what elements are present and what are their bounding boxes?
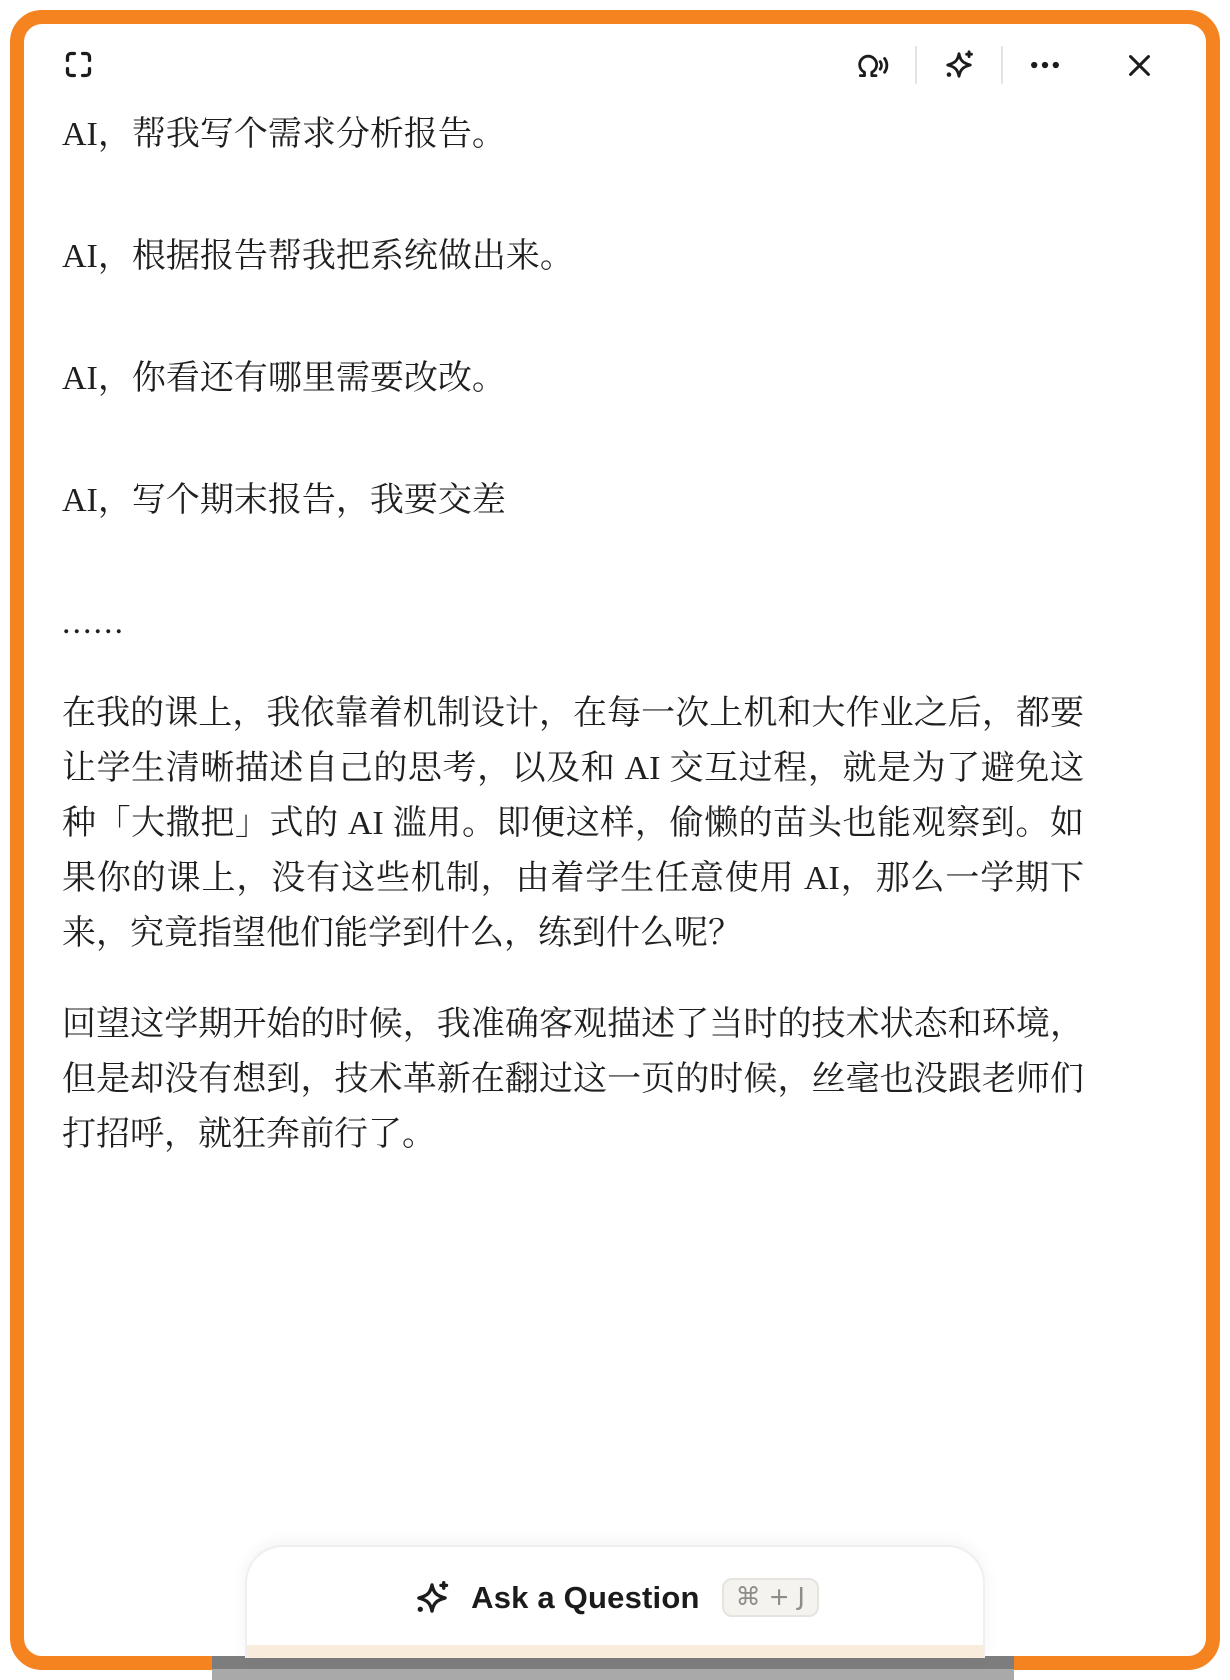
ai-sparkle-icon[interactable] (941, 47, 977, 83)
reader-popup-window: AI，帮我写个需求分析报告。 AI，根据报告帮我把系统做出来。 AI，你看还有哪… (0, 0, 1230, 1680)
toolbar-divider (915, 46, 917, 84)
close-icon[interactable] (1123, 49, 1156, 82)
toolbar-divider (1001, 46, 1003, 84)
fullscreen-expand-icon[interactable] (62, 48, 95, 81)
quote-line: AI，你看还有哪里需要改改。 (62, 356, 1084, 402)
page-edge-background (212, 1656, 1014, 1680)
paragraph: 在我的课上，我依靠着机制设计，在每一次上机和大作业之后，都要让学生清晰描述自己的… (62, 686, 1084, 961)
more-options-icon[interactable] (1027, 47, 1063, 83)
toolbar (0, 44, 1230, 86)
toolbar-right-group (851, 44, 1156, 86)
quote-line: AI，写个期末报告，我要交差 (62, 478, 1084, 524)
article-content: AI，帮我写个需求分析报告。 AI，根据报告帮我把系统做出来。 AI，你看还有哪… (62, 112, 1084, 1198)
quote-line: AI，帮我写个需求分析报告。 (62, 112, 1084, 158)
ai-sparkle-icon (411, 1577, 453, 1619)
read-aloud-icon[interactable] (851, 48, 891, 82)
ellipsis-line: ...... (62, 600, 1084, 646)
keyboard-shortcut-badge: ⌘ + J (722, 1578, 819, 1617)
ask-question-label: Ask a Question (471, 1580, 699, 1616)
paragraph: 回望这学期开始的时候，我准确客观描述了当时的技术状态和环境，但是却没有想到，技术… (62, 997, 1084, 1162)
quote-line: AI，根据报告帮我把系统做出来。 (62, 234, 1084, 280)
ask-question-button[interactable]: Ask a Question ⌘ + J (245, 1545, 985, 1658)
